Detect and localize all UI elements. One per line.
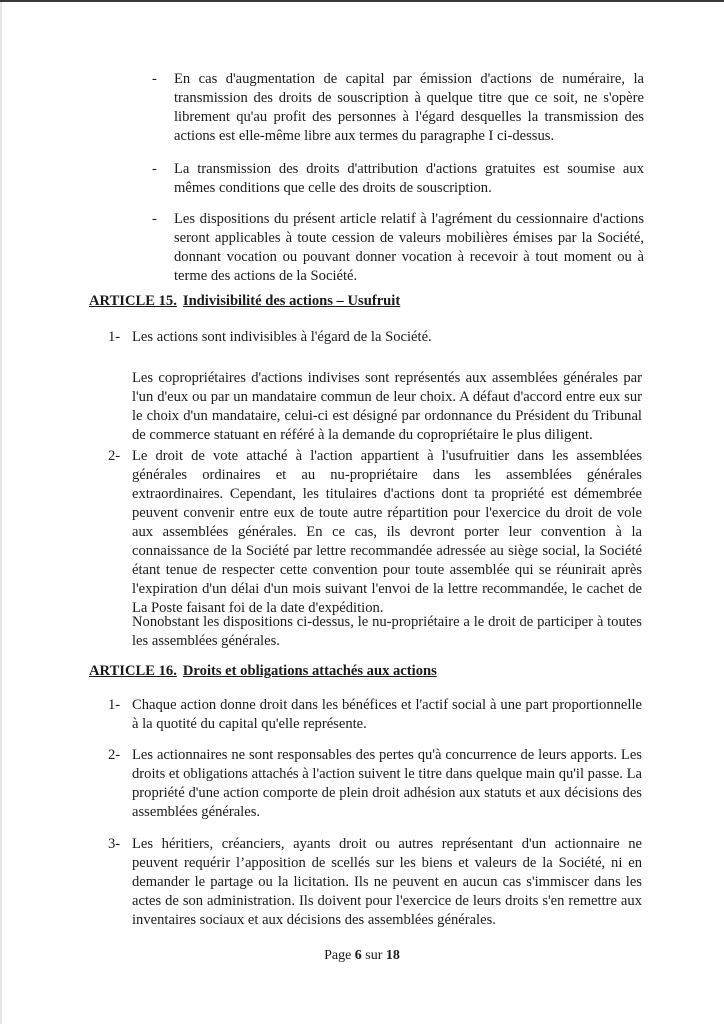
total-pages: 18 <box>386 948 400 963</box>
article-title: Droits et obligations attachés aux actio… <box>183 663 437 679</box>
bullet-text: En cas d'augmentation de capital par émi… <box>174 70 644 146</box>
item-number: 3- <box>108 835 132 854</box>
numbered-item: 1- Les actions sont indivisibles à l'éga… <box>108 328 642 347</box>
item-text: Les actions sont indivisibles à l'égard … <box>132 328 642 347</box>
article-number: ARTICLE 15. <box>89 293 177 309</box>
article-15-heading: ARTICLE 15.Indivisibilité des actions – … <box>89 292 400 311</box>
numbered-item: 2- Les actionnaires ne sont responsables… <box>108 746 642 822</box>
bullet-text: Les dispositions du présent article rela… <box>174 210 644 286</box>
item-text: Les héritiers, créanciers, ayants droit … <box>132 835 642 930</box>
paragraph: Nonobstant les dispositions ci-dessus, l… <box>132 613 642 651</box>
item-number: 2- <box>108 746 132 765</box>
bullet-dash: - <box>152 210 172 229</box>
page-label: Page <box>324 948 351 963</box>
page-footer: Page 6 sur 18 <box>0 946 724 965</box>
item-number: 2- <box>108 447 132 466</box>
bullet-dash: - <box>152 70 172 89</box>
article-number: ARTICLE 16. <box>89 663 177 679</box>
item-number: 1- <box>108 696 132 715</box>
current-page-number: 6 <box>355 948 362 963</box>
bullet-dash: - <box>152 160 172 179</box>
paragraph: Les copropriétaires d'actions indivises … <box>132 369 642 445</box>
article-title: Indivisibilité des actions – Usufruit <box>183 293 400 309</box>
item-text: Chaque action donne droit dans les bénéf… <box>132 696 642 734</box>
item-text: Le droit de vote attaché à l'action appa… <box>132 447 642 618</box>
page-separator: sur <box>365 948 382 963</box>
document-page: - En cas d'augmentation de capital par é… <box>0 0 724 1024</box>
numbered-item: 3- Les héritiers, créanciers, ayants dro… <box>108 835 642 930</box>
article-16-heading: ARTICLE 16.Droits et obligations attaché… <box>89 662 437 681</box>
bullet-item: - En cas d'augmentation de capital par é… <box>152 70 642 146</box>
item-text: Les actionnaires ne sont responsables de… <box>132 746 642 822</box>
bullet-text: La transmission des droits d'attribution… <box>174 160 644 198</box>
bullet-item: - Les dispositions du présent article re… <box>152 210 642 286</box>
bullet-item: - La transmission des droits d'attributi… <box>152 160 642 198</box>
item-number: 1- <box>108 328 132 347</box>
numbered-item: 1- Chaque action donne droit dans les bé… <box>108 696 642 734</box>
numbered-item: 2- Le droit de vote attaché à l'action a… <box>108 447 642 618</box>
